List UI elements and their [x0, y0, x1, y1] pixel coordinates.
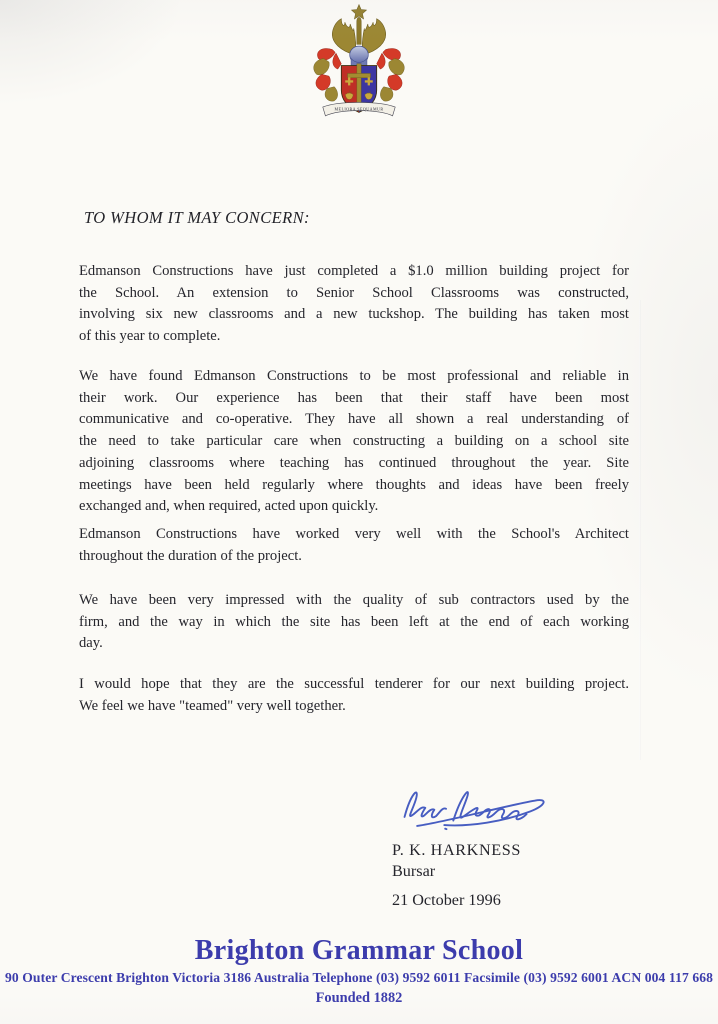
paragraph-line: the need to take particular care when co…	[79, 431, 629, 453]
letterhead-footer: Brighton Grammar School 90 Outer Crescen…	[0, 934, 718, 1008]
paragraph-line: adjoining classrooms where teaching has …	[79, 453, 629, 475]
paragraph-line: firm, and the way in which the site has …	[79, 612, 629, 634]
signatory-name: P. K. HARKNESS	[392, 841, 521, 860]
paper-crease	[639, 300, 641, 760]
paragraph-5: I would hope that they are the successfu…	[79, 674, 629, 717]
paragraph-line: their work. Our experience has been that…	[79, 388, 629, 410]
paragraph-line: exchanged and, when required, acted upon…	[79, 496, 629, 518]
paragraph-line: communicative and co-operative. They hav…	[79, 409, 629, 431]
crest-helmet	[350, 46, 369, 65]
crest-star	[351, 5, 366, 19]
crest-motto-banner: MELIORA SEQUAMUR	[323, 102, 395, 115]
paragraph-line: the School. An extension to Senior Schoo…	[79, 283, 629, 305]
paragraph-line: throughout the duration of the project.	[79, 546, 629, 568]
paragraph-line: We feel we have "teamed" very well toget…	[79, 696, 629, 718]
paragraph-line: I would hope that they are the successfu…	[79, 674, 629, 696]
school-founded: Founded 1882	[0, 988, 718, 1008]
paragraph-line: Edmanson Constructions have worked very …	[79, 524, 629, 546]
school-contact-line: 90 Outer Crescent Brighton Victoria 3186…	[0, 968, 718, 987]
paragraph-line: meetings have been held regularly where …	[79, 475, 629, 497]
paragraph-2: We have found Edmanson Constructions to …	[79, 366, 629, 518]
paragraph-line: involving six new classrooms and a new t…	[79, 304, 629, 326]
school-crest: MELIORA SEQUAMUR	[306, 2, 412, 127]
paragraph-line: of this year to complete.	[79, 326, 629, 348]
crest-motto-text: MELIORA SEQUAMUR	[335, 106, 384, 111]
paragraph-line: day.	[79, 633, 629, 655]
paragraph-line: Edmanson Constructions have just complet…	[79, 261, 629, 283]
paragraph-4: We have been very impressed with the qua…	[79, 590, 629, 655]
signatory-title: Bursar	[392, 862, 435, 881]
salutation: TO WHOM IT MAY CONCERN:	[84, 208, 310, 228]
handwritten-signature-icon	[392, 779, 567, 835]
school-crest-icon: MELIORA SEQUAMUR	[306, 2, 412, 122]
paragraph-1: Edmanson Constructions have just complet…	[79, 261, 629, 348]
letter-date: 21 October 1996	[392, 891, 501, 910]
paragraph-line: We have found Edmanson Constructions to …	[79, 366, 629, 388]
school-name: Brighton Grammar School	[0, 934, 718, 968]
paragraph-line: We have been very impressed with the qua…	[79, 590, 629, 612]
paragraph-3: Edmanson Constructions have worked very …	[79, 524, 629, 567]
